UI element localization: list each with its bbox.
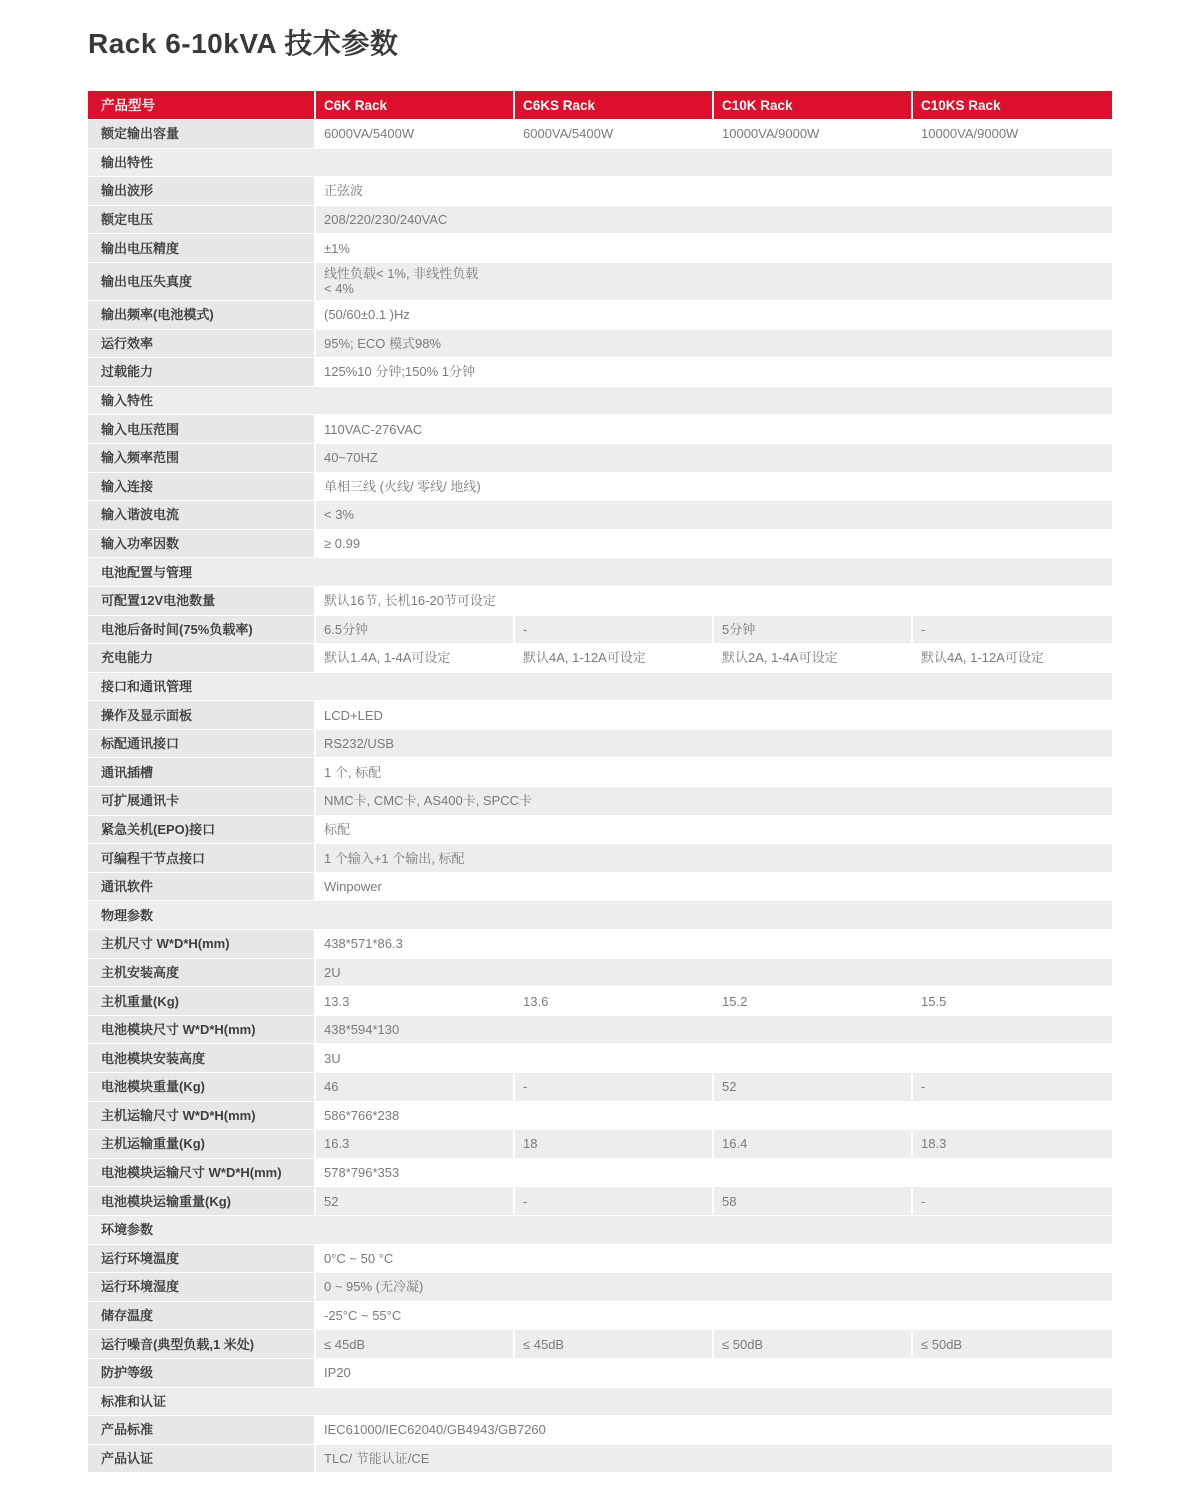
cell-value: 438*594*130: [316, 1016, 1112, 1044]
cell-value: ≤ 45dB: [316, 1330, 515, 1358]
cell-value: RS232/USB: [316, 730, 1112, 758]
section-label: 物理参数: [88, 901, 1112, 929]
table-row: 主机运输重量(Kg)16.31816.418.3: [88, 1130, 1113, 1158]
spec-page: Rack 6-10kVA 技术参数 产品型号C6K RackC6KS RackC…: [0, 0, 1200, 1472]
row-label: 电池模块重量(Kg): [88, 1073, 316, 1101]
row-label: 输入功率因数: [88, 530, 316, 558]
row-label: 运行噪音(典型负载,1 米处): [88, 1330, 316, 1358]
cell-value: 标配: [316, 816, 1112, 844]
table-row: 电池后备时间(75%负载率)6.5分钟-5分钟-: [88, 616, 1113, 644]
table-row: 输入连接单相三线 (火线/ 零线/ 地线): [88, 473, 1113, 501]
column-header: C6K Rack: [316, 91, 515, 119]
cell-value: 95%; ECO 模式98%: [316, 330, 1112, 358]
row-label: 主机运输尺寸 W*D*H(mm): [88, 1102, 316, 1130]
row-label: 输出电压失真度: [88, 263, 316, 300]
cell-value: ≤ 45dB: [515, 1330, 714, 1358]
table-row: 可编程干节点接口1 个输入+1 个输出, 标配: [88, 844, 1113, 872]
page-title: Rack 6-10kVA 技术参数: [88, 26, 1113, 62]
column-header: C10K Rack: [714, 91, 913, 119]
cell-value: ≤ 50dB: [714, 1330, 913, 1358]
table-row: 操作及显示面板LCD+LED: [88, 701, 1113, 729]
table-row: 运行效率95%; ECO 模式98%: [88, 330, 1113, 358]
table-row: 输入电压范围110VAC-276VAC: [88, 415, 1113, 443]
cell-value: 6000VA/5400W: [316, 120, 515, 148]
cell-value: 0 ~ 95% (无冷凝): [316, 1273, 1112, 1301]
table-row: 可扩展通讯卡NMC卡, CMC卡, AS400卡, SPCC卡: [88, 787, 1113, 815]
table-row: 电池模块运输重量(Kg)52-58-: [88, 1187, 1113, 1215]
table-row: 标配通讯接口RS232/USB: [88, 730, 1113, 758]
row-label: 额定输出容量: [88, 120, 316, 148]
cell-value: 6000VA/5400W: [515, 120, 714, 148]
row-label: 电池模块安装高度: [88, 1044, 316, 1072]
cell-value: 586*766*238: [316, 1102, 1112, 1130]
cell-value: 438*571*86.3: [316, 930, 1112, 958]
cell-value: IEC61000/IEC62040/GB4943/GB7260: [316, 1416, 1112, 1444]
row-label: 标配通讯接口: [88, 730, 316, 758]
cell-value: 578*796*353: [316, 1159, 1112, 1187]
cell-value: 13.3: [316, 987, 515, 1015]
cell-value: 3U: [316, 1044, 1112, 1072]
row-label: 通讯软件: [88, 873, 316, 901]
row-label: 运行环境温度: [88, 1245, 316, 1273]
row-label: 操作及显示面板: [88, 701, 316, 729]
cell-value: 40~70HZ: [316, 444, 1112, 472]
cell-value: -: [515, 1187, 714, 1215]
row-label: 电池模块运输重量(Kg): [88, 1187, 316, 1215]
cell-value: ≥ 0.99: [316, 530, 1112, 558]
row-label: 通讯插槽: [88, 758, 316, 786]
cell-value: 默认4A, 1-12A可设定: [913, 644, 1112, 672]
cell-value: 58: [714, 1187, 913, 1215]
table-row: 输入功率因数≥ 0.99: [88, 530, 1113, 558]
table-row: 电池模块安装高度3U: [88, 1044, 1113, 1072]
table-row: 运行环境湿度0 ~ 95% (无冷凝): [88, 1273, 1113, 1301]
table-row: 输入谐波电流< 3%: [88, 501, 1113, 529]
cell-value: -: [515, 1073, 714, 1101]
section-label: 接口和通讯管理: [88, 673, 1112, 701]
table-row: 通讯软件Winpower: [88, 873, 1113, 901]
table-row: 额定电压208/220/230/240VAC: [88, 206, 1113, 234]
row-label: 输入连接: [88, 473, 316, 501]
cell-value: 15.2: [714, 987, 913, 1015]
cell-value: 16.3: [316, 1130, 515, 1158]
section-label: 环境参数: [88, 1216, 1112, 1244]
row-label: 电池模块尺寸 W*D*H(mm): [88, 1016, 316, 1044]
row-label: 紧急关机(EPO)接口: [88, 816, 316, 844]
table-row: 产品标准IEC61000/IEC62040/GB4943/GB7260: [88, 1416, 1113, 1444]
column-header: C6KS Rack: [515, 91, 714, 119]
table-row: 充电能力默认1.4A, 1-4A可设定默认4A, 1-12A可设定默认2A, 1…: [88, 644, 1113, 672]
cell-value: 默认4A, 1-12A可设定: [515, 644, 714, 672]
section-row: 输出特性: [88, 149, 1113, 177]
row-label: 可扩展通讯卡: [88, 787, 316, 815]
cell-value: -: [913, 1073, 1112, 1101]
cell-value: 16.4: [714, 1130, 913, 1158]
row-label: 主机运输重量(Kg): [88, 1130, 316, 1158]
table-row: 主机安装高度2U: [88, 959, 1113, 987]
row-label: 储存温度: [88, 1302, 316, 1330]
section-label: 电池配置与管理: [88, 558, 1112, 586]
row-label: 充电能力: [88, 644, 316, 672]
row-label: 运行效率: [88, 330, 316, 358]
row-label: 产品标准: [88, 1416, 316, 1444]
cell-value: 1 个输入+1 个输出, 标配: [316, 844, 1112, 872]
section-row: 接口和通讯管理: [88, 673, 1113, 701]
table-row: 输出波形正弦波: [88, 177, 1113, 205]
cell-value: 10000VA/9000W: [913, 120, 1112, 148]
cell-value: 208/220/230/240VAC: [316, 206, 1112, 234]
row-label: 电池后备时间(75%负载率): [88, 616, 316, 644]
cell-value: (50/60±0.1 )Hz: [316, 301, 1112, 329]
table-header-row: 产品型号C6K RackC6KS RackC10K RackC10KS Rack: [88, 91, 1113, 119]
section-label: 标准和认证: [88, 1388, 1112, 1416]
table-row: 输出电压失真度线性负载< 1%, 非线性负载 < 4%: [88, 263, 1113, 300]
cell-value: 10000VA/9000W: [714, 120, 913, 148]
cell-value: < 3%: [316, 501, 1112, 529]
cell-value: 52: [316, 1187, 515, 1215]
row-label: 输入谐波电流: [88, 501, 316, 529]
table-row: 输出电压精度±1%: [88, 234, 1113, 262]
table-row: 储存温度-25°C ~ 55°C: [88, 1302, 1113, 1330]
section-row: 输入特性: [88, 387, 1113, 415]
row-label: 过载能力: [88, 358, 316, 386]
cell-value: 5分钟: [714, 616, 913, 644]
section-row: 环境参数: [88, 1216, 1113, 1244]
cell-value: -: [913, 1187, 1112, 1215]
cell-value: ±1%: [316, 234, 1112, 262]
row-label: 产品认证: [88, 1445, 316, 1473]
cell-value: 1 个, 标配: [316, 758, 1112, 786]
table-row: 主机运输尺寸 W*D*H(mm)586*766*238: [88, 1102, 1113, 1130]
table-row: 防护等级IP20: [88, 1359, 1113, 1387]
cell-value: 52: [714, 1073, 913, 1101]
cell-value: -: [913, 616, 1112, 644]
row-label: 主机安装高度: [88, 959, 316, 987]
cell-value: NMC卡, CMC卡, AS400卡, SPCC卡: [316, 787, 1112, 815]
table-row: 输入频率范围40~70HZ: [88, 444, 1113, 472]
row-label: 主机尺寸 W*D*H(mm): [88, 930, 316, 958]
row-label: 防护等级: [88, 1359, 316, 1387]
cell-value: 2U: [316, 959, 1112, 987]
table-row: 运行噪音(典型负载,1 米处)≤ 45dB≤ 45dB≤ 50dB≤ 50dB: [88, 1330, 1113, 1358]
cell-value: Winpower: [316, 873, 1112, 901]
cell-value: 0°C ~ 50 °C: [316, 1245, 1112, 1273]
table-row: 主机重量(Kg)13.313.615.215.5: [88, 987, 1113, 1015]
table-row: 输出频率(电池模式)(50/60±0.1 )Hz: [88, 301, 1113, 329]
cell-value: 18.3: [913, 1130, 1112, 1158]
spec-table: 产品型号C6K RackC6KS RackC10K RackC10KS Rack…: [88, 91, 1113, 1472]
table-row: 紧急关机(EPO)接口标配: [88, 816, 1113, 844]
row-label: 可编程干节点接口: [88, 844, 316, 872]
table-row: 额定输出容量6000VA/5400W6000VA/5400W10000VA/90…: [88, 120, 1113, 148]
cell-value: 默认1.4A, 1-4A可设定: [316, 644, 515, 672]
table-row: 电池模块运输尺寸 W*D*H(mm)578*796*353: [88, 1159, 1113, 1187]
row-label: 输入电压范围: [88, 415, 316, 443]
table-row: 可配置12V电池数量默认16节, 长机16-20节可设定: [88, 587, 1113, 615]
section-row: 标准和认证: [88, 1388, 1113, 1416]
column-header: C10KS Rack: [913, 91, 1112, 119]
row-label: 电池模块运输尺寸 W*D*H(mm): [88, 1159, 316, 1187]
cell-value: LCD+LED: [316, 701, 1112, 729]
table-row: 运行环境温度0°C ~ 50 °C: [88, 1245, 1113, 1273]
row-label: 输入频率范围: [88, 444, 316, 472]
column-header: 产品型号: [88, 91, 316, 119]
table-row: 电池模块尺寸 W*D*H(mm)438*594*130: [88, 1016, 1113, 1044]
cell-value: ≤ 50dB: [913, 1330, 1112, 1358]
section-label: 输出特性: [88, 149, 1112, 177]
row-label: 主机重量(Kg): [88, 987, 316, 1015]
cell-value: IP20: [316, 1359, 1112, 1387]
cell-value: 单相三线 (火线/ 零线/ 地线): [316, 473, 1112, 501]
row-label: 输出电压精度: [88, 234, 316, 262]
table-row: 主机尺寸 W*D*H(mm)438*571*86.3: [88, 930, 1113, 958]
cell-value: 46: [316, 1073, 515, 1101]
cell-value: 125%10 分钟;150% 1分钟: [316, 358, 1112, 386]
cell-value: TLC/ 节能认证/CE: [316, 1445, 1112, 1473]
cell-value: 6.5分钟: [316, 616, 515, 644]
table-row: 产品认证TLC/ 节能认证/CE: [88, 1445, 1113, 1473]
row-label: 运行环境湿度: [88, 1273, 316, 1301]
row-label: 额定电压: [88, 206, 316, 234]
section-row: 物理参数: [88, 901, 1113, 929]
cell-value: -: [515, 616, 714, 644]
cell-value: 默认2A, 1-4A可设定: [714, 644, 913, 672]
row-label: 输出频率(电池模式): [88, 301, 316, 329]
cell-value: -25°C ~ 55°C: [316, 1302, 1112, 1330]
cell-value: 110VAC-276VAC: [316, 415, 1112, 443]
section-row: 电池配置与管理: [88, 558, 1113, 586]
cell-value: 13.6: [515, 987, 714, 1015]
table-row: 电池模块重量(Kg)46-52-: [88, 1073, 1113, 1101]
cell-value: 线性负载< 1%, 非线性负载 < 4%: [316, 263, 1112, 300]
section-label: 输入特性: [88, 387, 1112, 415]
row-label: 输出波形: [88, 177, 316, 205]
cell-value: 18: [515, 1130, 714, 1158]
cell-value: 正弦波: [316, 177, 1112, 205]
cell-value: 默认16节, 长机16-20节可设定: [316, 587, 1112, 615]
row-label: 可配置12V电池数量: [88, 587, 316, 615]
cell-value: 15.5: [913, 987, 1112, 1015]
table-row: 过载能力125%10 分钟;150% 1分钟: [88, 358, 1113, 386]
table-row: 通讯插槽1 个, 标配: [88, 758, 1113, 786]
